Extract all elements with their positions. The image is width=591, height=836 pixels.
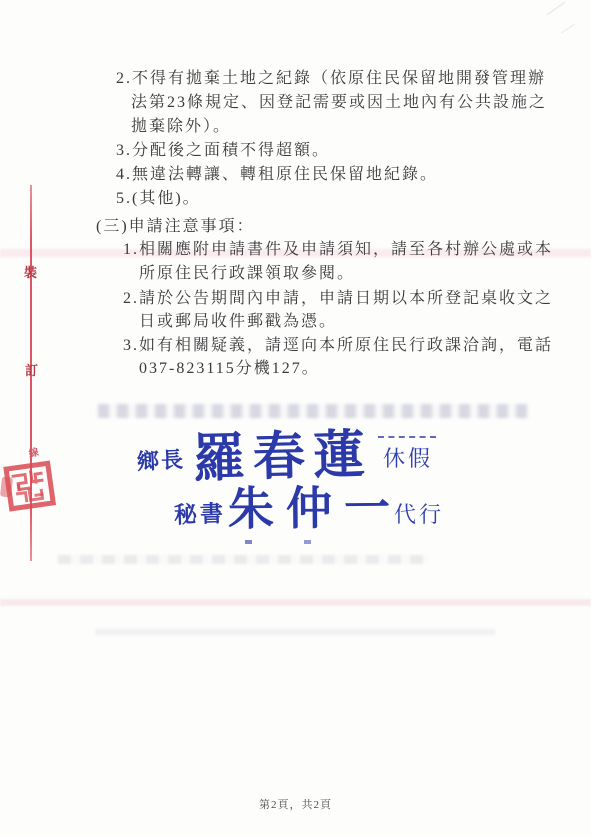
binding-label-zhuang: 裝 [24, 266, 37, 279]
signature-role-mayor: 鄉長 [136, 449, 185, 473]
seal-ink-smudge [0, 476, 13, 497]
doc-section-heading: (三)申請注意事項： [96, 219, 255, 235]
binding-label-xian: 線 [28, 448, 40, 460]
scan-artifact-ink-dot [245, 540, 252, 544]
signature-name-secretary: 朱仲一 [228, 485, 402, 533]
scan-artifact-ghost-text [98, 404, 528, 418]
doc-line: 3.分配後之面積不得超額。 [116, 143, 330, 159]
signature-dash-artifact [378, 436, 436, 438]
scan-artifact-corner-mark [561, 24, 575, 34]
doc-line: 3.如有相關疑義，請逕向本所原住民行政課洽詢，電話 [123, 338, 553, 354]
doc-line: 法第23條規定、因登記需要或因土地內有公共設施之 [131, 95, 547, 111]
doc-line: 037-823115分機127。 [139, 361, 320, 377]
signature-name-mayor: 羅春蓮 [192, 430, 373, 487]
scan-artifact-pink-band [0, 599, 591, 606]
doc-line: 所原住民行政課領取參閱。 [139, 266, 355, 282]
scanned-document-page: 裝 訂 線 2.不得有拋棄土地之紀錄（依原住民保留地開發管理辦 法第23條規定、… [0, 0, 591, 836]
scan-artifact-corner-mark [547, 2, 566, 15]
doc-line: 1.相關應附申請書件及申請須知，請至各村辦公處或本 [123, 242, 553, 258]
doc-line: 5.(其他)。 [116, 191, 201, 207]
scan-artifact-gray-band [58, 555, 428, 564]
signature-status-acting: 代行 [394, 504, 444, 526]
scan-artifact-ink-dot [304, 540, 311, 544]
page-number-footer: 第2頁，共2頁 [0, 796, 591, 812]
doc-line: 2.不得有拋棄土地之紀錄（依原住民保留地開發管理辦 [116, 71, 546, 87]
binding-label-ding: 訂 [25, 364, 38, 377]
doc-line: 4.無違法轉讓、轉租原住民保留地紀錄。 [116, 167, 438, 183]
scan-artifact-gray-band [95, 629, 495, 635]
signature-role-secretary: 秘書 [174, 502, 227, 527]
signature-status-on-leave: 休假 [383, 448, 433, 470]
doc-line: 日或郵局收件郵戳為憑。 [139, 314, 337, 330]
doc-line: 拋棄除外）。 [131, 119, 231, 135]
doc-line: 2.請於公告期間內申請，申請日期以本所登記桌收文之 [123, 291, 553, 307]
